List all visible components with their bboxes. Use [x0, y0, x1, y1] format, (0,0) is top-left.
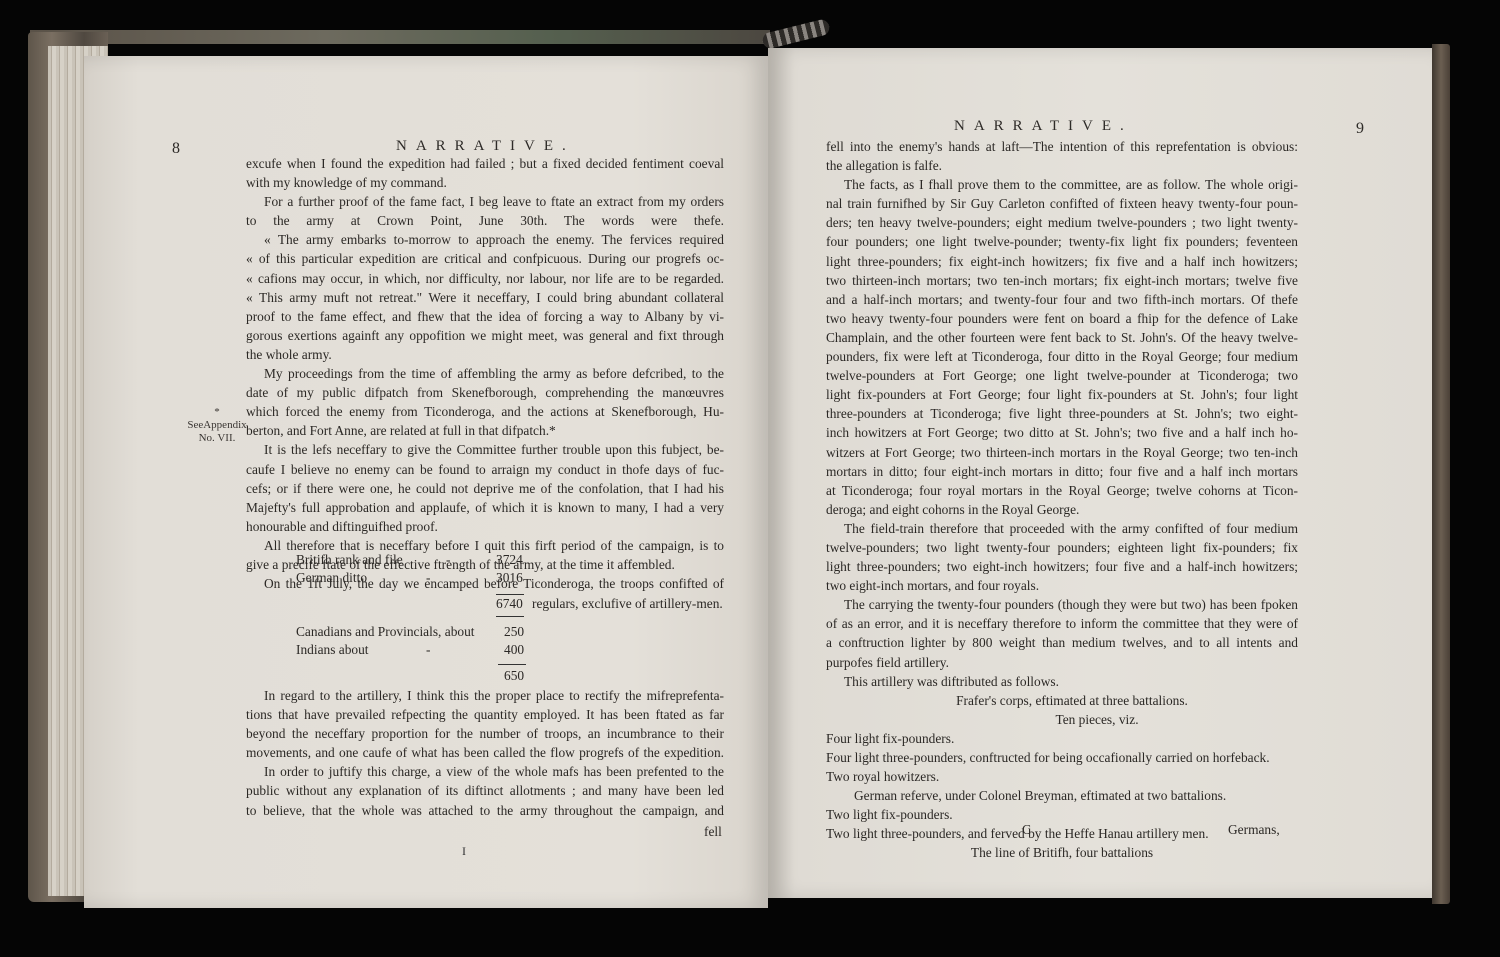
page-number: 8 [172, 140, 180, 158]
total-value: 650 [504, 668, 524, 684]
bookmark-ribbon [761, 18, 831, 50]
right-page: NARRATIVE. 9 fell into the enemy's hands… [768, 48, 1432, 898]
margin-note: * SeeAppendix No. VII. [182, 406, 252, 445]
table-row-label: Indians about [296, 642, 369, 658]
sum-rule [498, 664, 526, 665]
page-number: 9 [1356, 120, 1364, 138]
body-text: excufe when I found the expedition had f… [246, 154, 724, 593]
table-row-label: Britifh rank and file [296, 552, 403, 568]
book-cover-top-edge [30, 30, 770, 44]
running-head: NARRATIVE. [954, 118, 1133, 135]
catchword: Germans, [1228, 822, 1280, 838]
table-row-value: 250 [504, 624, 524, 640]
table-row-value: 3724 [496, 552, 523, 568]
left-page: 8 NARRATIVE. * SeeAppendix No. VII. excu… [84, 56, 768, 908]
table-row-value: 400 [504, 642, 524, 658]
body-text: fell into the enemy's hands at laft—The … [826, 137, 1298, 863]
table-row-label: Canadians and Provincials, about [296, 624, 475, 640]
sum-rule [496, 616, 524, 617]
running-head: NARRATIVE. [396, 138, 575, 155]
table-row-value: 3016 [496, 570, 523, 586]
table-row-label: German ditto [296, 570, 367, 586]
body-text-continued: In regard to the artillery, I think this… [246, 686, 724, 820]
subtotal-note: regulars, exclufive of artillery-men. [532, 596, 723, 612]
subtotal-value: 6740 [496, 596, 523, 612]
catchword: fell [704, 824, 722, 840]
signature-mark: I [462, 844, 466, 859]
signature-mark: C [1022, 822, 1031, 838]
sum-rule [496, 594, 524, 595]
book-cover-right [1432, 44, 1450, 904]
